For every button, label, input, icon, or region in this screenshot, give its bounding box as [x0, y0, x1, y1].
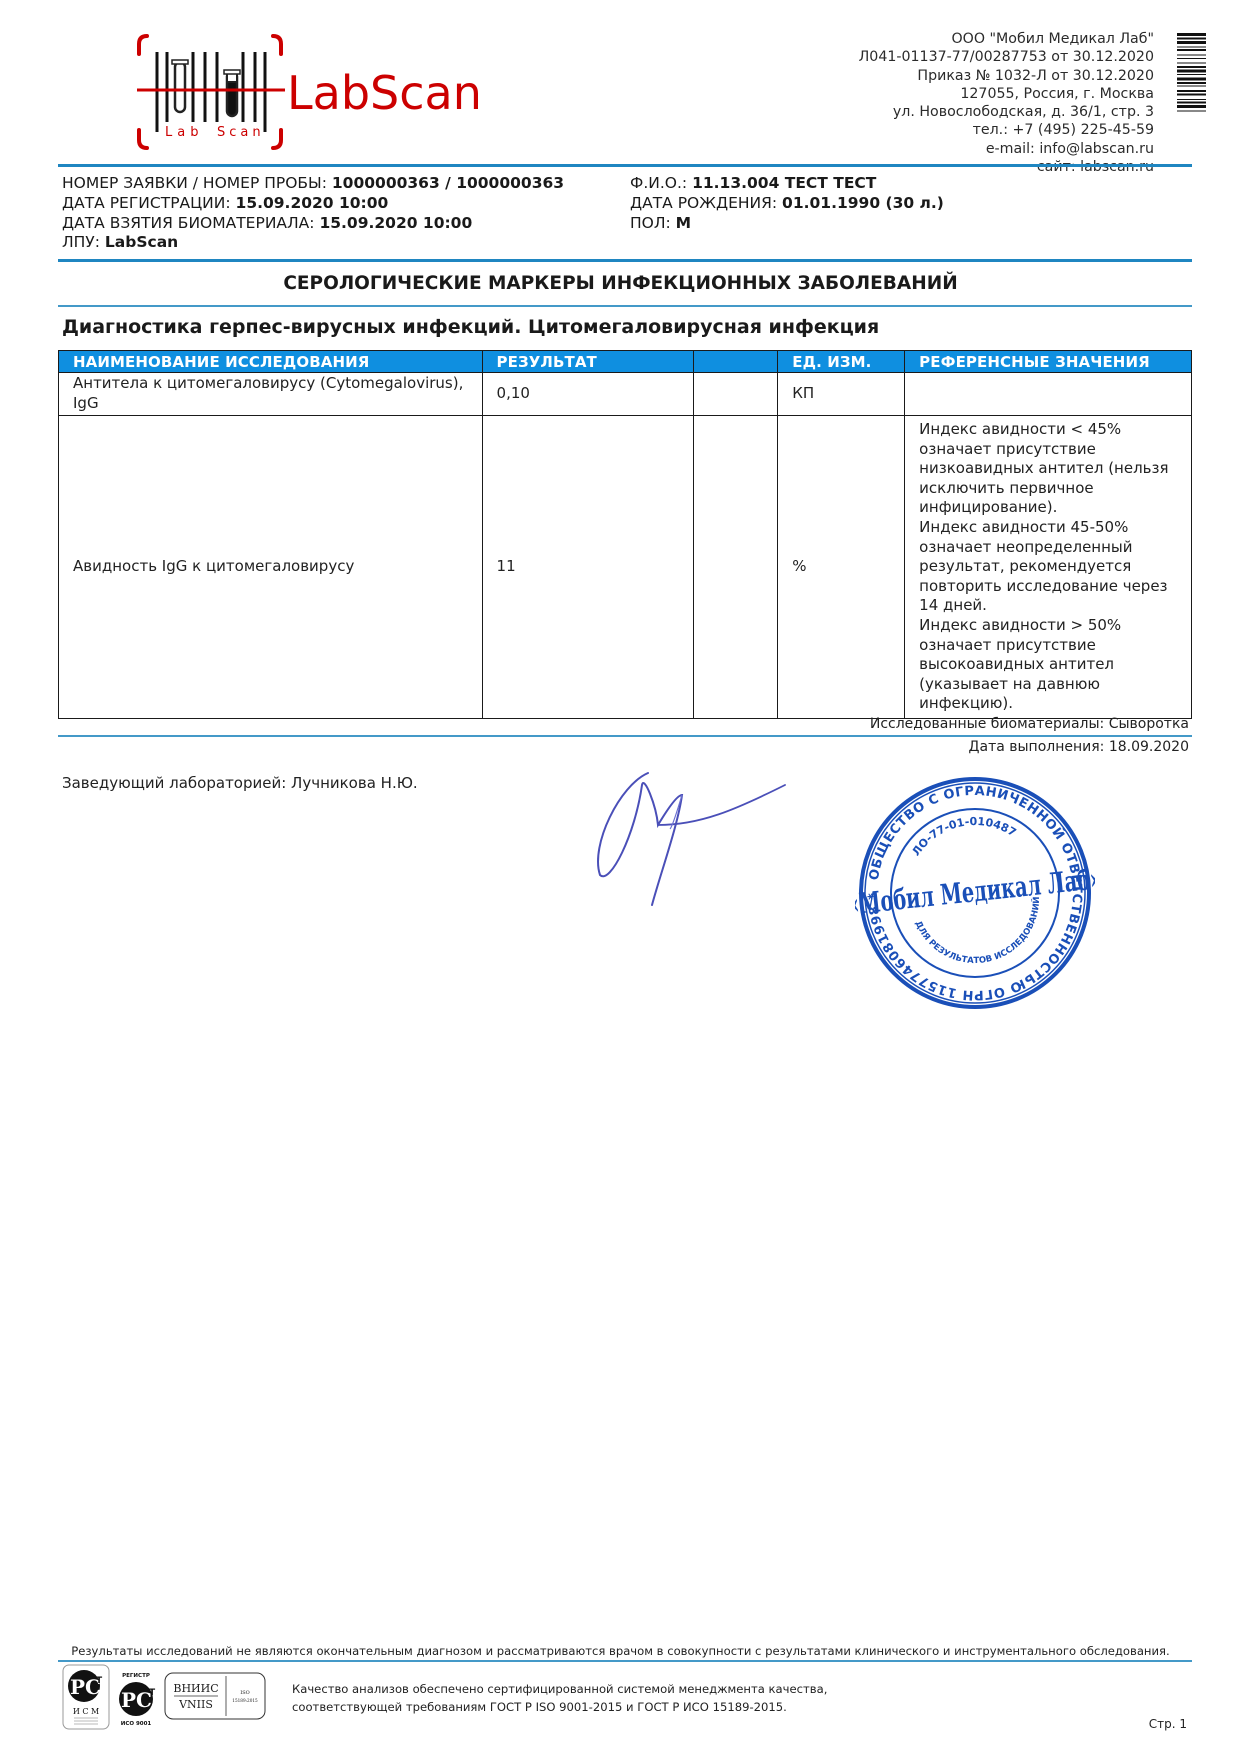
results-table: НАИМЕНОВАНИЕ ИССЛЕДОВАНИЯ РЕЗУЛЬТАТ ЕД. …: [58, 350, 1192, 719]
pct-ism-logo: РС Т И С М: [62, 1664, 110, 1734]
test-name: Антитела к цитомегаловирусу (Cytomegalov…: [59, 373, 483, 416]
birth-date-row: ДАТА РОЖДЕНИЯ: 01.01.1990 (30 л.): [630, 194, 944, 214]
test-reference: [905, 373, 1192, 416]
sample-barcode: [1177, 33, 1206, 163]
svg-text:РЕГИСТР: РЕГИСТР: [122, 1673, 150, 1679]
company-stamp: ОБЩЕСТВО С ОГРАНИЧЕННОЙ ОТВЕТСТВЕННОСТЬЮ…: [855, 773, 1095, 1013]
patient-info: Ф.И.О.: 11.13.004 ТЕСТ ТЕСТ ДАТА РОЖДЕНИ…: [630, 174, 944, 233]
info-rule: [58, 259, 1192, 262]
test-unit: КП: [778, 373, 905, 416]
svg-text:РС: РС: [121, 1688, 152, 1712]
address-street: ул. Новослободская, д. 36/1, стр. 3: [859, 103, 1154, 121]
section-title: СЕРОЛОГИЧЕСКИЕ МАРКЕРЫ ИНФЕКЦИОННЫХ ЗАБО…: [0, 273, 1241, 294]
svg-text:VNIIS: VNIIS: [178, 1698, 213, 1711]
svg-text:ЛО-77-01-010487: ЛО-77-01-010487: [909, 815, 1018, 858]
signature-icon: [560, 765, 790, 910]
svg-text:Т: Т: [96, 1676, 103, 1686]
pct-register-logo: РЕГИСТР РС Т ИСО 9001: [114, 1670, 160, 1732]
completion-date: Дата выполнения: 18.09.2020: [969, 739, 1189, 755]
table-row: Авидность IgG к цитомегаловирусу 11 % Ин…: [59, 416, 1192, 719]
sample-date-row: ДАТА ВЗЯТИЯ БИОМАТЕРИАЛА: 15.09.2020 10:…: [62, 214, 564, 234]
svg-text:15189:2015: 15189:2015: [232, 1698, 258, 1703]
col-flag: [694, 351, 778, 373]
test-unit: %: [778, 416, 905, 719]
section-rule: [58, 305, 1192, 307]
svg-text:ВНИИС: ВНИИС: [173, 1682, 218, 1695]
test-flag: [694, 373, 778, 416]
svg-text:Scan: Scan: [217, 125, 265, 140]
company-name: ООО "Мобил Медикал Лаб": [859, 30, 1154, 48]
reference-high: Индекс авидности > 50% означает присутст…: [919, 616, 1177, 714]
labscan-logo: Lab Scan LabScan: [135, 32, 495, 152]
address-city: 127055, Россия, г. Москва: [859, 85, 1154, 103]
facility-row: ЛПУ: LabScan: [62, 233, 564, 253]
phone: тел.: +7 (495) 225-45-59: [859, 121, 1154, 139]
header-rule: [58, 164, 1192, 167]
email: e-mail: info@labscan.ru: [859, 140, 1154, 158]
reference-low: Индекс авидности < 45% означает присутст…: [919, 420, 1177, 518]
brand-name: LabScan: [287, 66, 482, 120]
patient-name-row: Ф.И.О.: 11.13.004 ТЕСТ ТЕСТ: [630, 174, 944, 194]
panel-title: Диагностика герпес-вирусных инфекций. Ци…: [62, 316, 879, 338]
table-header: НАИМЕНОВАНИЕ ИССЛЕДОВАНИЯ РЕЗУЛЬТАТ ЕД. …: [59, 351, 1192, 373]
svg-text:«Мобил Медикал Лаб»: «Мобил Медикал Лаб»: [855, 861, 1095, 921]
svg-text:ИСО 9001: ИСО 9001: [121, 1721, 152, 1727]
head-of-lab: Заведующий лабораторией: Лучникова Н.Ю.: [62, 774, 418, 792]
footer-rule: [58, 1660, 1192, 1662]
request-number-row: НОМЕР ЗАЯВКИ / НОМЕР ПРОБЫ: 1000000363 /…: [62, 174, 564, 194]
disclaimer: Результаты исследований не являются окон…: [0, 1644, 1241, 1658]
table-row: Антитела к цитомегаловирусу (Cytomegalov…: [59, 373, 1192, 416]
test-name: Авидность IgG к цитомегаловирусу: [59, 416, 483, 719]
col-name: НАИМЕНОВАНИЕ ИССЛЕДОВАНИЯ: [59, 351, 483, 373]
page-number: Стр. 1: [1149, 1717, 1187, 1731]
svg-text:И С М: И С М: [73, 1707, 99, 1716]
svg-text:Т: Т: [149, 1688, 156, 1698]
request-info: НОМЕР ЗАЯВКИ / НОМЕР ПРОБЫ: 1000000363 /…: [62, 174, 564, 253]
biomaterial-rule: [58, 735, 1192, 737]
col-result: РЕЗУЛЬТАТ: [482, 351, 694, 373]
col-reference: РЕФЕРЕНСНЫЕ ЗНАЧЕНИЯ: [905, 351, 1192, 373]
vniis-logo: ВНИИС VNIIS ISO 15189:2015: [164, 1672, 266, 1724]
registration-date-row: ДАТА РЕГИСТРАЦИИ: 15.09.2020 10:00: [62, 194, 564, 214]
company-info: ООО "Мобил Медикал Лаб" Л041-01137-77/00…: [859, 30, 1154, 176]
svg-text:Lab: Lab: [165, 125, 203, 140]
barcode-tube-icon: Lab Scan: [135, 32, 285, 152]
license-number: Л041-01137-77/00287753 от 30.12.2020: [859, 48, 1154, 66]
col-unit: ЕД. ИЗМ.: [778, 351, 905, 373]
test-result: 0,10: [482, 373, 694, 416]
sex-row: ПОЛ: М: [630, 214, 944, 234]
test-flag: [694, 416, 778, 719]
reference-mid: Индекс авидности 45-50% означает неопред…: [919, 518, 1177, 616]
test-reference: Индекс авидности < 45% означает присутст…: [905, 416, 1192, 719]
svg-text:ISO: ISO: [240, 1690, 250, 1696]
test-result: 11: [482, 416, 694, 719]
order-number: Приказ № 1032-Л от 30.12.2020: [859, 67, 1154, 85]
quality-statement: Качество анализов обеспечено сертифициро…: [292, 1680, 827, 1716]
biomaterial: Исследованные биоматериалы: Сыворотка: [870, 716, 1189, 732]
